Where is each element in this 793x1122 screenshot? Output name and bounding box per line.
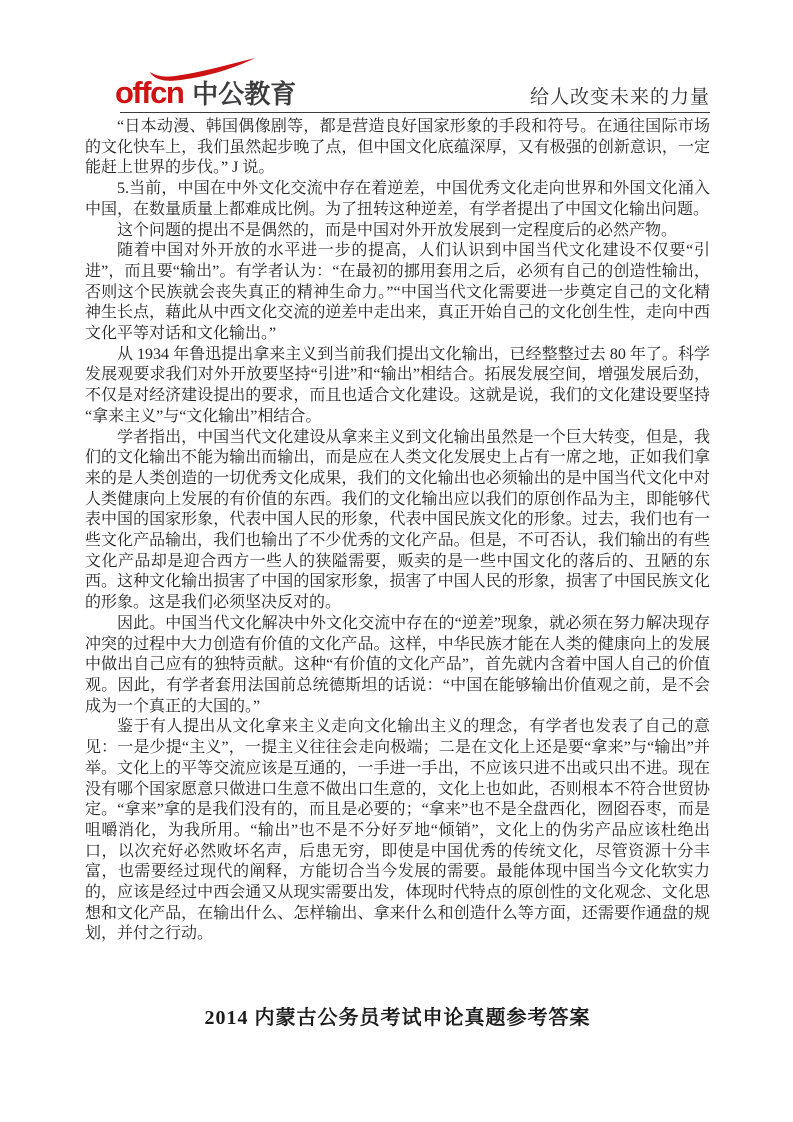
page-header: offcn中公教育 给人改变未来的力量 xyxy=(85,57,710,113)
header-divider xyxy=(120,112,710,113)
body-paragraph: 这个问题的提出不是偶然的，而是中国对外开放发展到一定程度后的必然产物。 xyxy=(85,221,710,242)
brand-row: offcn中公教育 给人改变未来的力量 xyxy=(85,57,710,110)
logo-cn-text: 中公教育 xyxy=(192,79,296,109)
body-paragraph: 鉴于有人提出从文化拿来主义走向文化输出主义的理念，有学者也发表了自己的意见：一是… xyxy=(85,717,710,945)
body-paragraph: 随着中国对外开放的水平进一步的提高，人们认识到中国当代文化建设不仅要“引进”，而… xyxy=(85,241,710,345)
logo-swoosh-icon xyxy=(145,57,257,81)
offcn-logo: offcn中公教育 xyxy=(115,57,296,108)
brand-tagline: 给人改变未来的力量 xyxy=(530,82,710,110)
answer-section-heading: 2014 内蒙古公务员考试申论真题参考答案 xyxy=(85,1001,710,1030)
body-paragraph: 5.当前，中国在中外文化交流中存在着逆差，中国优秀文化走向世界和外国文化涌入中国… xyxy=(85,179,710,220)
body-paragraph: 从 1934 年鲁迅提出拿来主义到当前我们提出文化输出，已经整整过去 80 年了… xyxy=(85,345,710,428)
document-body: “日本动漫、韩国偶像剧等，都是营造良好国家形象的手段和符号。在通往国际市场的文化… xyxy=(85,117,710,945)
body-paragraph: “日本动漫、韩国偶像剧等，都是营造良好国家形象的手段和符号。在通往国际市场的文化… xyxy=(85,117,710,179)
document-page: offcn中公教育 给人改变未来的力量 “日本动漫、韩国偶像剧等，都是营造良好国… xyxy=(0,0,793,1122)
body-paragraph: 因此。中国当代文化解决中外文化交流中存在的“逆差”现象，就必须在努力解决现存冲突… xyxy=(85,614,710,718)
body-paragraph: 学者指出，中国当代文化建设从拿来主义到文化输出虽然是一个巨大转变，但是，我们的文… xyxy=(85,428,710,614)
